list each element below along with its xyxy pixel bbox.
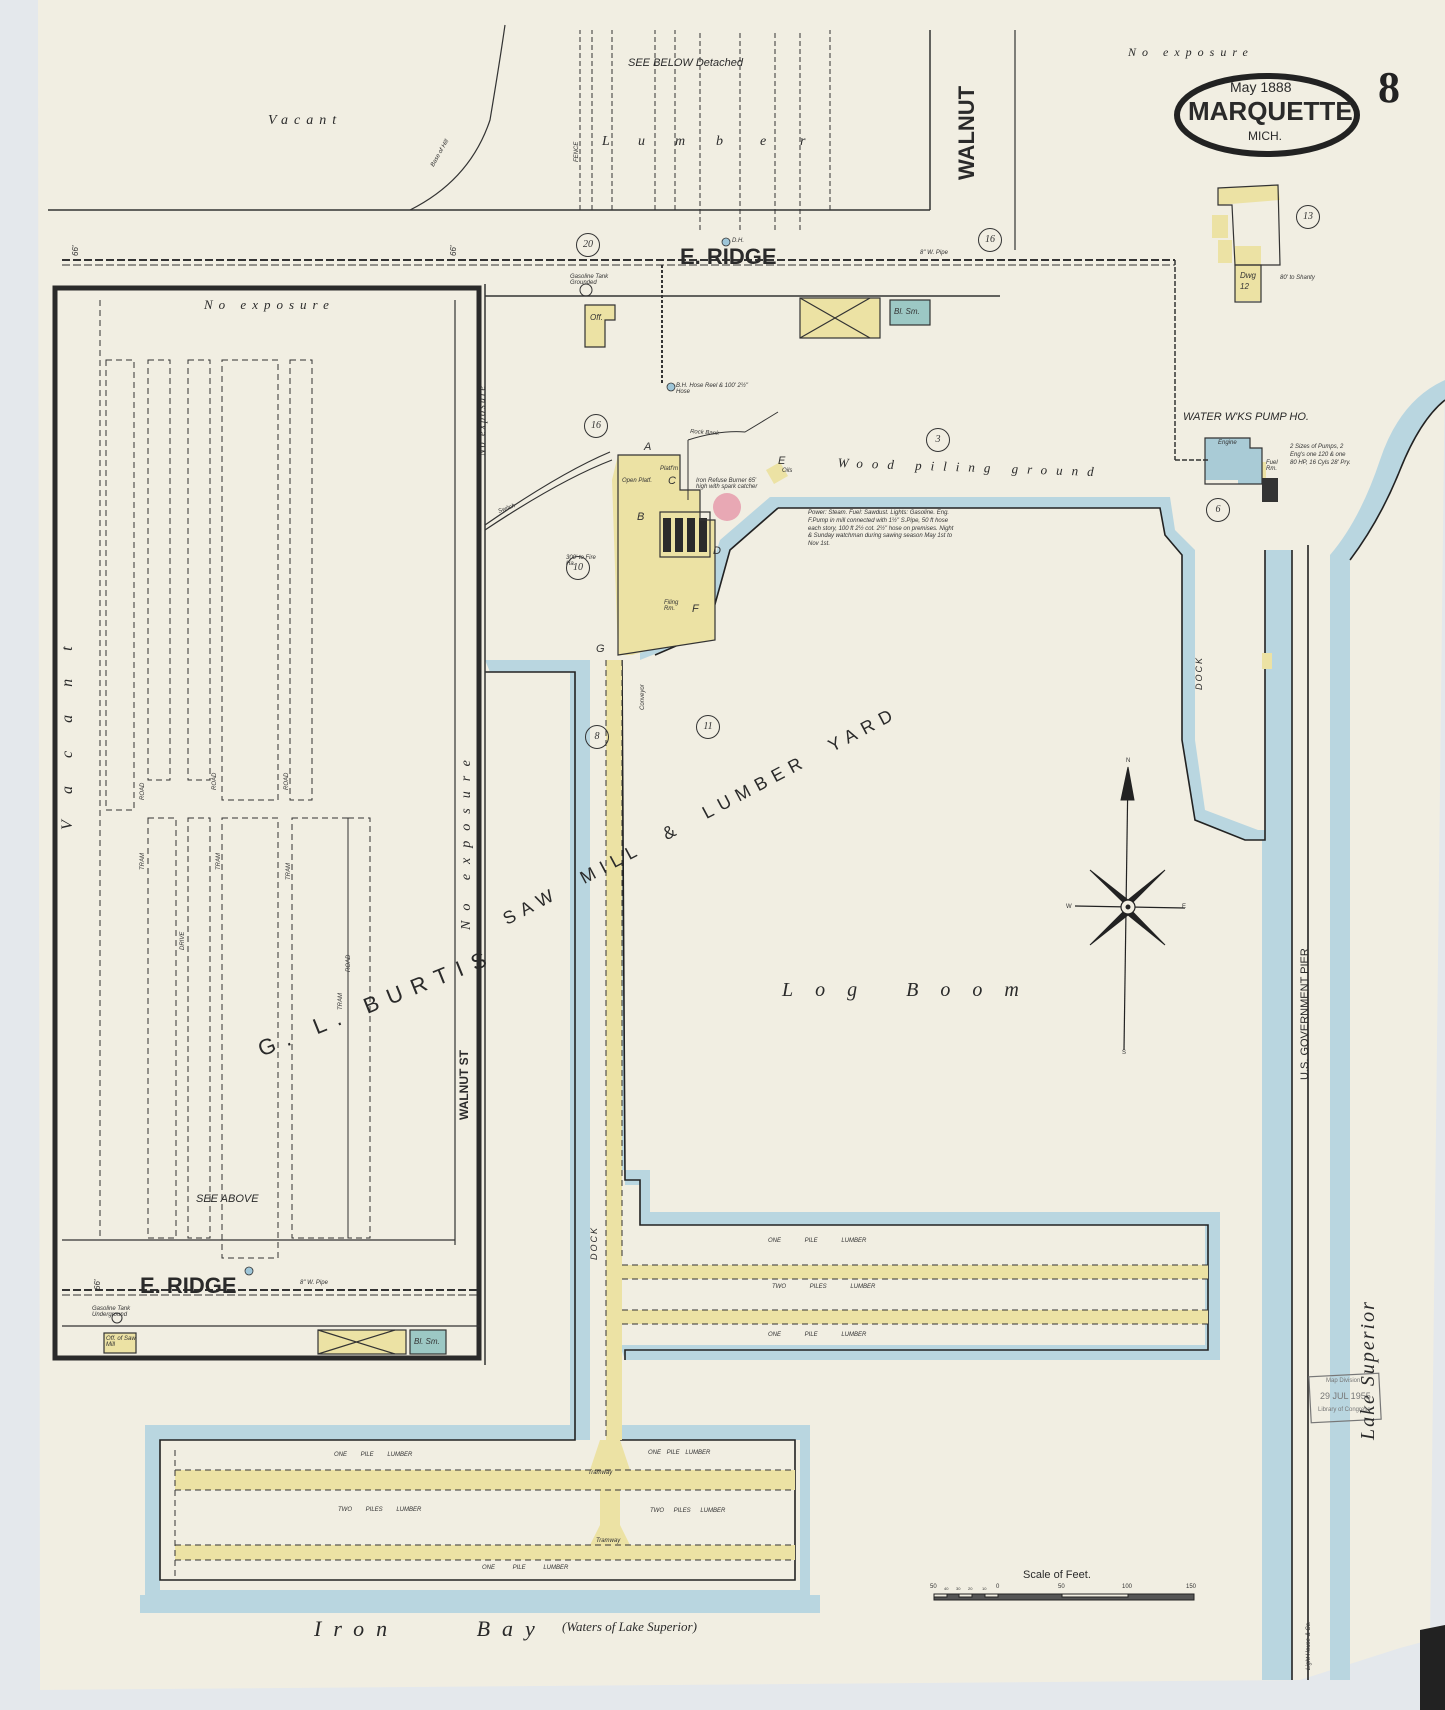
lumber-letter-r: r	[800, 135, 811, 149]
street-width-left-top: 66'	[72, 246, 80, 256]
label-conveyor: Conveyor	[640, 684, 646, 710]
mill-letter-d: D	[713, 546, 721, 557]
lumber-letter-u: u	[638, 135, 651, 149]
label-dock-left: DOCK	[590, 1226, 599, 1260]
street-us-gov-pier: U.S. GOVERNMENT PIER	[1300, 948, 1311, 1080]
title-city: MARQUETTE	[1188, 98, 1353, 124]
pump-house-fuel: Fuel Rm.	[1266, 460, 1282, 472]
block-number-16a: 16	[584, 414, 608, 438]
scale-tick-50l: 50	[930, 1584, 937, 1590]
dwelling-number: 12	[1240, 283, 1249, 291]
scale-tick-150: 150	[1186, 1584, 1196, 1590]
scale-title: Scale of Feet.	[1023, 1570, 1091, 1581]
label-no-exposure-top-right: No exposure	[1128, 46, 1254, 58]
compass-n: N	[1126, 758, 1130, 764]
sheet-number: 8	[1378, 62, 1400, 113]
block-number-6: 6	[1206, 498, 1230, 522]
mill-letter-a: A	[644, 442, 651, 453]
mill-letter-b: B	[637, 512, 644, 523]
pipe-top: 8" W. Pipe	[920, 250, 948, 256]
yard-tram-4: TRAM	[338, 993, 344, 1010]
bl-sm-top: Bl. Sm.	[894, 308, 920, 316]
street-width-mid-top: 66'	[450, 246, 458, 256]
street-walnut-st: WALNUT ST	[458, 1050, 470, 1120]
oils-label: Oils	[782, 468, 792, 474]
label-light-house: Light House & Co.	[1306, 1621, 1312, 1670]
pump-house-engine: Engine	[1218, 440, 1237, 446]
yard-road-1: ROAD	[140, 783, 146, 800]
compass-e: E	[1182, 904, 1186, 910]
block-number-10: 10	[566, 556, 590, 580]
filing-room: Filing Rm.	[664, 600, 690, 612]
block-number-11: 11	[696, 715, 720, 739]
lumber-letter-m: m	[675, 135, 691, 149]
platform: Platf'm	[660, 466, 678, 472]
pile-bottom-left-1: ONE PILE LUMBER	[334, 1452, 412, 1458]
block-number-8: 8	[585, 725, 609, 749]
building-office: Off.	[590, 314, 603, 322]
street-e-ridge-bottom: E. RIDGE	[140, 1275, 237, 1297]
dwelling: Dwg	[1240, 272, 1256, 280]
sanborn-map-sheet: May 1888 MARQUETTE MICH. 8 E. RIDGE E. R…	[0, 0, 1445, 1710]
mill-letter-e: E	[778, 456, 785, 467]
yard-tram-3: TRAM	[286, 863, 292, 880]
pipe-bottom: 8" W. Pipe	[300, 1280, 328, 1286]
pump-note: 2 Sizes of Pumps, 2 Eng's one 120 & one …	[1290, 444, 1352, 467]
title-date: May 1888	[1230, 80, 1291, 94]
block-number-3: 3	[926, 428, 950, 452]
label-see-above: SEE ABOVE	[196, 1194, 259, 1205]
stamp-line-2: 29 JUL 1955	[1320, 1392, 1371, 1401]
pile-right-2: TWO PILES LUMBER	[772, 1284, 875, 1290]
yard-drive: DRIVE	[180, 932, 186, 950]
hose-reel: B.H. Hose Reel & 100' 2½" Hose	[676, 383, 756, 395]
scale-tick-10: 10	[982, 1587, 986, 1591]
label-tramway-1: Tramway	[588, 1470, 612, 1476]
yard-road-4: ROAD	[346, 955, 352, 972]
lumber-letter-l: L	[602, 135, 616, 149]
scale-tick-50: 50	[1058, 1584, 1065, 1590]
scale-tick-30: 30	[956, 1587, 960, 1591]
scale-tick-40: 40	[944, 1587, 948, 1591]
stamp-line-1: Map Division	[1326, 1378, 1360, 1384]
gasoline-tank-bottom: Gasoline Tank Underground	[92, 1306, 152, 1318]
label-vacant-left: Vacant	[60, 618, 76, 830]
scale-tick-100: 100	[1122, 1584, 1132, 1590]
label-see-below: SEE BELOW Detached	[628, 58, 743, 69]
pile-bottom-right-2: TWO PILES LUMBER	[650, 1508, 725, 1514]
yard-tram-2: TRAM	[216, 853, 222, 870]
street-e-ridge-top: E. RIDGE	[680, 246, 777, 268]
label-fence: FENCE	[574, 142, 580, 162]
title-state: MICH.	[1248, 130, 1282, 142]
label-no-exposure-vertical-1: No exposure	[478, 384, 488, 456]
grain-platform: Open Platf.	[622, 478, 652, 484]
pile-right-3: ONE PILE LUMBER	[768, 1332, 866, 1338]
street-width-left-bottom: 66'	[94, 1280, 102, 1290]
yard-road-2: ROAD	[212, 773, 218, 790]
scale-tick-20: 20	[968, 1587, 972, 1591]
label-log-boom: Log Boom	[782, 980, 1041, 1000]
mill-note: Power: Steam. Fuel: Sawdust. Lights: Gas…	[808, 510, 958, 549]
scale-tick-0: 0	[996, 1584, 999, 1590]
label-vacant-top: Vacant	[268, 114, 342, 128]
pile-right-1: ONE PILE LUMBER	[768, 1238, 866, 1244]
street-walnut: WALNUT	[956, 86, 978, 180]
label-lake-superior: Lake Superior	[1358, 1300, 1378, 1440]
label-iron-bay-note: (Waters of Lake Superior)	[562, 1620, 697, 1633]
label-iron-bay: Iron Bay	[314, 1618, 547, 1640]
pump-house-label: WATER W'KS PUMP HO.	[1183, 412, 1309, 423]
office-of-saw-mill: Off. of Saw Mill	[106, 1336, 136, 1348]
refuse-burner	[713, 493, 741, 521]
pile-bottom-left-2: TWO PILES LUMBER	[338, 1507, 421, 1513]
label-tramway-2: Tramway	[596, 1538, 620, 1544]
yard-road-3: ROAD	[284, 773, 290, 790]
pile-bottom-right-1: ONE PILE LUMBER	[648, 1450, 710, 1456]
label-no-exposure-block: No exposure	[204, 298, 335, 311]
block-number-13: 13	[1296, 205, 1320, 229]
pile-bottom-3: ONE PILE LUMBER	[482, 1565, 568, 1571]
compass-s: S	[1122, 1050, 1126, 1056]
refuse-burner-note: Iron Refuse Burner 65' high with spark c…	[696, 478, 768, 490]
hydrant-label: D.H.	[732, 238, 744, 244]
mill-letter-g: G	[596, 644, 605, 655]
yard-tram-1: TRAM	[140, 853, 146, 870]
scale-bar	[934, 1594, 1194, 1600]
gasoline-tank-top: Gasoline Tank Grounded	[570, 274, 630, 286]
label-dock-right: DOCK	[1195, 656, 1204, 690]
stamp-line-3: Library of Congress	[1318, 1407, 1370, 1413]
block-number-16b: 16	[978, 228, 1002, 252]
mill-letter-f: F	[692, 604, 699, 615]
lumber-letter-b: b	[716, 135, 729, 149]
block-number-20: 20	[576, 233, 600, 257]
mill-letter-c: C	[668, 476, 676, 487]
compass-w: W	[1066, 904, 1072, 910]
label-no-exposure-vertical-2: No exposure	[460, 750, 474, 930]
bl-sm-bottom: Bl. Sm.	[414, 1338, 440, 1346]
lumber-letter-e: e	[760, 135, 772, 149]
shanty-note: 80' to Shanty	[1280, 275, 1315, 281]
